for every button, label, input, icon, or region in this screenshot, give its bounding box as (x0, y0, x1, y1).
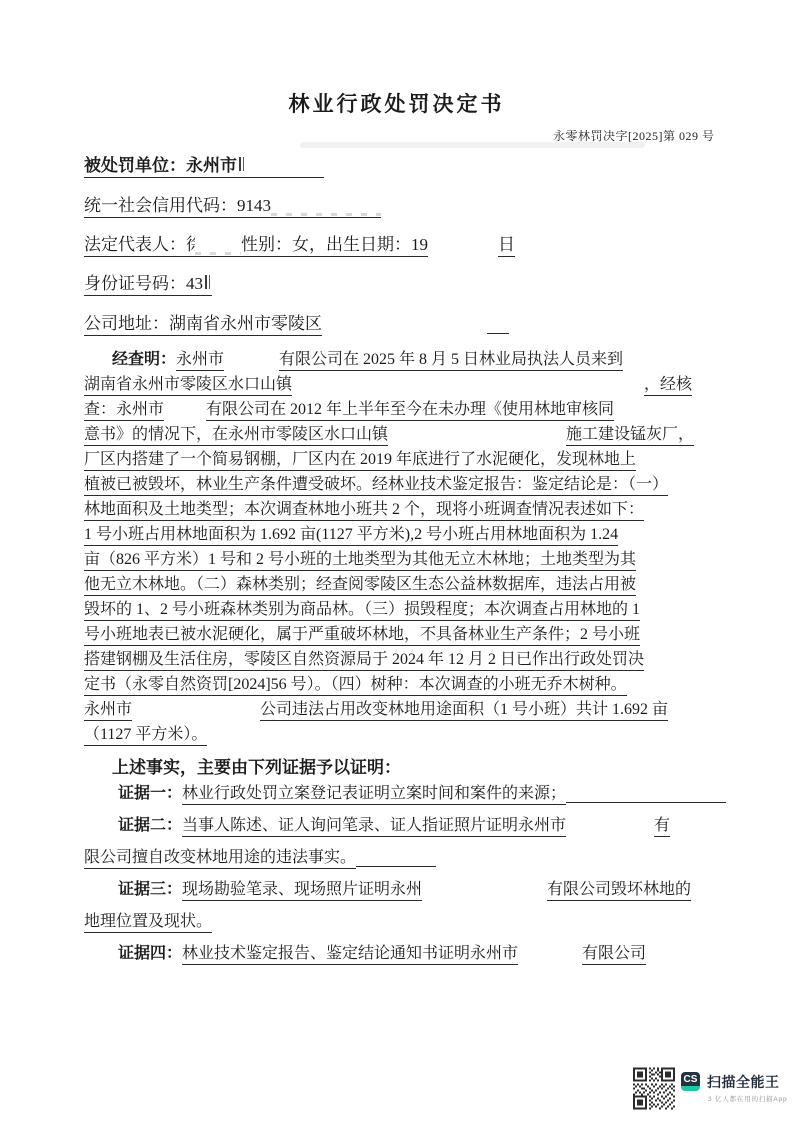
evidence-text: 限公司擅自改变林地用途的违法事实。 (84, 849, 356, 869)
facts-heading: 上述事实，主要由下列证据予以证明： (112, 753, 401, 778)
findings-text: 他无立木林地。（二）森林类别；经查阅零陵区生态公益林数据库，违法占用被 (84, 576, 636, 596)
findings-line: 经查明：永州市有限公司在 2025 年 8 月 5 日林业局执法人员来到 (84, 346, 729, 371)
underline-extension (356, 850, 436, 867)
findings-text: （1127 平方米）。 (84, 726, 207, 746)
redacted-area (246, 162, 324, 176)
findings-text: 植被已被毁坏，林业生产条件遭受破坏。经林业技术鉴定报告：鉴定结论是：（一） (84, 476, 668, 496)
findings-text: 查：永州市 (84, 401, 164, 421)
findings-line: 号小班地表已被水泥硬化，属于严重破坏林地，不具备林业生产条件；2 号小班 (84, 621, 729, 646)
evidence-text: 林业技术鉴定报告、鉴定结论通知书证明永州市 (182, 945, 518, 965)
document-number: 永零林罚决字[2025]第 029 号 (553, 127, 715, 144)
findings-text: 湖南省永州市零陵区水口山镇 (84, 376, 292, 396)
underline-fragment (487, 317, 509, 334)
scanner-app-name: 扫描全能王 (707, 1072, 780, 1092)
field-value: 9143 (237, 196, 271, 215)
field-value: 湖南省永州市零陵区 (169, 314, 322, 333)
findings-text: 搭建钢棚及生活住房，零陵区自然资源局于 2024 年 12 月 2 日已作出行政… (84, 651, 644, 671)
findings-text: 公司违法占用改变林地用途面积（1 号小班）共计 1.692 亩 (260, 701, 668, 721)
findings-text: 永州市 (84, 701, 132, 721)
scan-artifact (239, 157, 246, 171)
evidence-line: 地理位置及现状。 (84, 908, 729, 940)
findings-line: 搭建钢棚及生活住房，零陵区自然资源局于 2024 年 12 月 2 日已作出行政… (84, 646, 729, 671)
findings-line: 他无立木林地。（二）森林类别；经查阅零陵区生态公益林数据库，违法占用被 (84, 571, 729, 596)
field-credit-code: 统一社会信用代码：9143 (84, 191, 381, 216)
scan-artifact (205, 275, 212, 289)
findings-line: 永州市公司违法占用改变林地用途面积（1 号小班）共计 1.692 亩 (84, 696, 729, 721)
findings-text: 永州市 (176, 351, 224, 371)
findings-line: （1127 平方米）。 (84, 721, 729, 746)
findings-text: 施工建设锰灰厂， (566, 426, 694, 446)
underline-extension (566, 786, 726, 803)
findings-text: 有限公司在 2025 年 8 月 5 日林业局执法人员来到 (279, 351, 623, 371)
findings-text: 号小班地表已被水泥硬化，属于严重破坏林地，不具备林业生产条件；2 号小班 (84, 626, 640, 646)
field-value: 永州市 (186, 156, 237, 175)
evidence-line: 证据四：林业技术鉴定报告、鉴定结论通知书证明永州市有限公司 (84, 940, 729, 972)
field-id-number: 身份证号码：43 (84, 269, 212, 294)
findings-line: 湖南省永州市零陵区水口山镇，经核 (84, 371, 729, 396)
findings-text: 1 号小班占用林地面积为 1.692 亩(1127 平方米),2 号小班占用林地… (84, 526, 618, 546)
field-label: 法定代表人： (84, 235, 186, 254)
evidence-text: 有限公司 (582, 945, 646, 965)
field-punished-unit: 被处罚单位：永州市 (84, 151, 324, 176)
evidence-text: 有限公司毁坏林地的 (547, 881, 691, 901)
field-value: 徐 (186, 230, 195, 255)
field-label: 被处罚单位： (84, 156, 186, 175)
field-gender-dob: 性别：女，出生日期：19 (241, 235, 428, 254)
evidence-label: 证据一： (118, 785, 182, 802)
findings-text: 林地面积及土地类型；本次调查林地小班共 2 个，现将小班调查情况表述如下： (84, 501, 644, 521)
evidence-line: 证据三：现场勘验笔录、现场照片证明永州有限公司毁坏林地的 (84, 876, 729, 908)
evidence-list: 证据一：林业行政处罚立案登记表证明立案时间和案件的来源； 证据二：当事人陈述、证… (84, 780, 729, 972)
evidence-line: 证据一：林业行政处罚立案登记表证明立案时间和案件的来源； (84, 780, 729, 812)
field-company-address: 公司地址：湖南省永州市零陵区 (84, 309, 509, 334)
findings-line: 植被已被毁坏，林业生产条件遭受破坏。经林业技术鉴定报告：鉴定结论是：（一） (84, 471, 729, 496)
findings-text: 定书（永零自然资罚[2024]56 号）。（四）树种：本次调查的小班无乔木树种。 (84, 676, 627, 696)
findings-line: 1 号小班占用林地面积为 1.692 亩(1127 平方米),2 号小班占用林地… (84, 521, 729, 546)
evidence-label: 证据四： (118, 945, 182, 962)
findings-text: 有限公司在 2012 年上半年至今在未办理《使用林地审核同 (206, 401, 614, 421)
scanned-document-page: 林业行政处罚决定书 永零林罚决字[2025]第 029 号 被处罚单位：永州市 … (0, 0, 793, 1122)
evidence-text: 当事人陈述、证人询问笔录、证人指证照片证明永州市 (182, 817, 566, 837)
findings-text: 厂区内搭建了一个简易钢棚，厂区内在 2019 年底进行了水泥硬化，发现林地上 (84, 451, 636, 471)
findings-line: 厂区内搭建了一个简易钢棚，厂区内在 2019 年底进行了水泥硬化，发现林地上 (84, 446, 729, 471)
evidence-line: 证据二：当事人陈述、证人询问笔录、证人指证照片证明永州市有 (84, 812, 729, 844)
findings-line: 林地面积及土地类型；本次调查林地小班共 2 个，现将小班调查情况表述如下： (84, 496, 729, 521)
findings-text: 意书》的情况下，在永州市零陵区水口山镇 (84, 426, 388, 446)
field-label: 身份证号码： (84, 274, 186, 293)
evidence-text: 地理位置及现状。 (84, 913, 212, 933)
findings-line: 意书》的情况下，在永州市零陵区水口山镇施工建设锰灰厂， (84, 421, 729, 446)
redacted-area (195, 243, 241, 255)
camscanner-logo-icon: CS (681, 1072, 700, 1091)
field-label: 公司地址： (84, 314, 169, 333)
qr-code-icon (633, 1067, 675, 1110)
findings-lead: 经查明： (112, 351, 176, 368)
findings-line: 亩（826 平方米）1 号和 2 号小班的土地类型为其他无立木林地；土地类型为其 (84, 546, 729, 571)
findings-line: 毁坏的 1、2 号小班森林类别为商品林。（三）损毁程度；本次调查占用林地的 1 (84, 596, 729, 621)
evidence-label: 证据三： (118, 881, 182, 898)
evidence-line: 限公司擅自改变林地用途的违法事实。 (84, 844, 729, 876)
field-label: 统一社会信用代码： (84, 196, 237, 215)
redacted-area (271, 204, 381, 216)
scanner-app-tagline: 3 亿人都在用的扫描App (708, 1094, 787, 1103)
findings-text: 毁坏的 1、2 号小班森林类别为商品林。（三）损毁程度；本次调查占用林地的 1 (84, 601, 640, 621)
findings-text: 亩（826 平方米）1 号和 2 号小班的土地类型为其他无立木林地；土地类型为其 (84, 551, 636, 571)
evidence-label: 证据二： (118, 817, 182, 834)
document-title: 林业行政处罚决定书 (0, 88, 793, 118)
findings-line: 查：永州市有限公司在 2012 年上半年至今在未办理《使用林地审核同 (84, 396, 729, 421)
field-value: 43 (186, 274, 203, 293)
evidence-text: 林业行政处罚立案登记表证明立案时间和案件的来源； (182, 785, 566, 805)
evidence-text: 有 (654, 817, 670, 837)
evidence-text: 现场勘验笔录、现场照片证明永州 (182, 881, 422, 901)
field-legal-representative: 法定代表人：徐性别：女，出生日期：19日 (84, 230, 515, 255)
findings-paragraph: 经查明：永州市有限公司在 2025 年 8 月 5 日林业局执法人员来到 湖南省… (84, 346, 729, 746)
field-day-suffix: 日 (498, 235, 515, 257)
findings-line: 定书（永零自然资罚[2024]56 号）。（四）树种：本次调查的小班无乔木树种。 (84, 671, 729, 696)
findings-text: ，经核 (644, 376, 692, 396)
